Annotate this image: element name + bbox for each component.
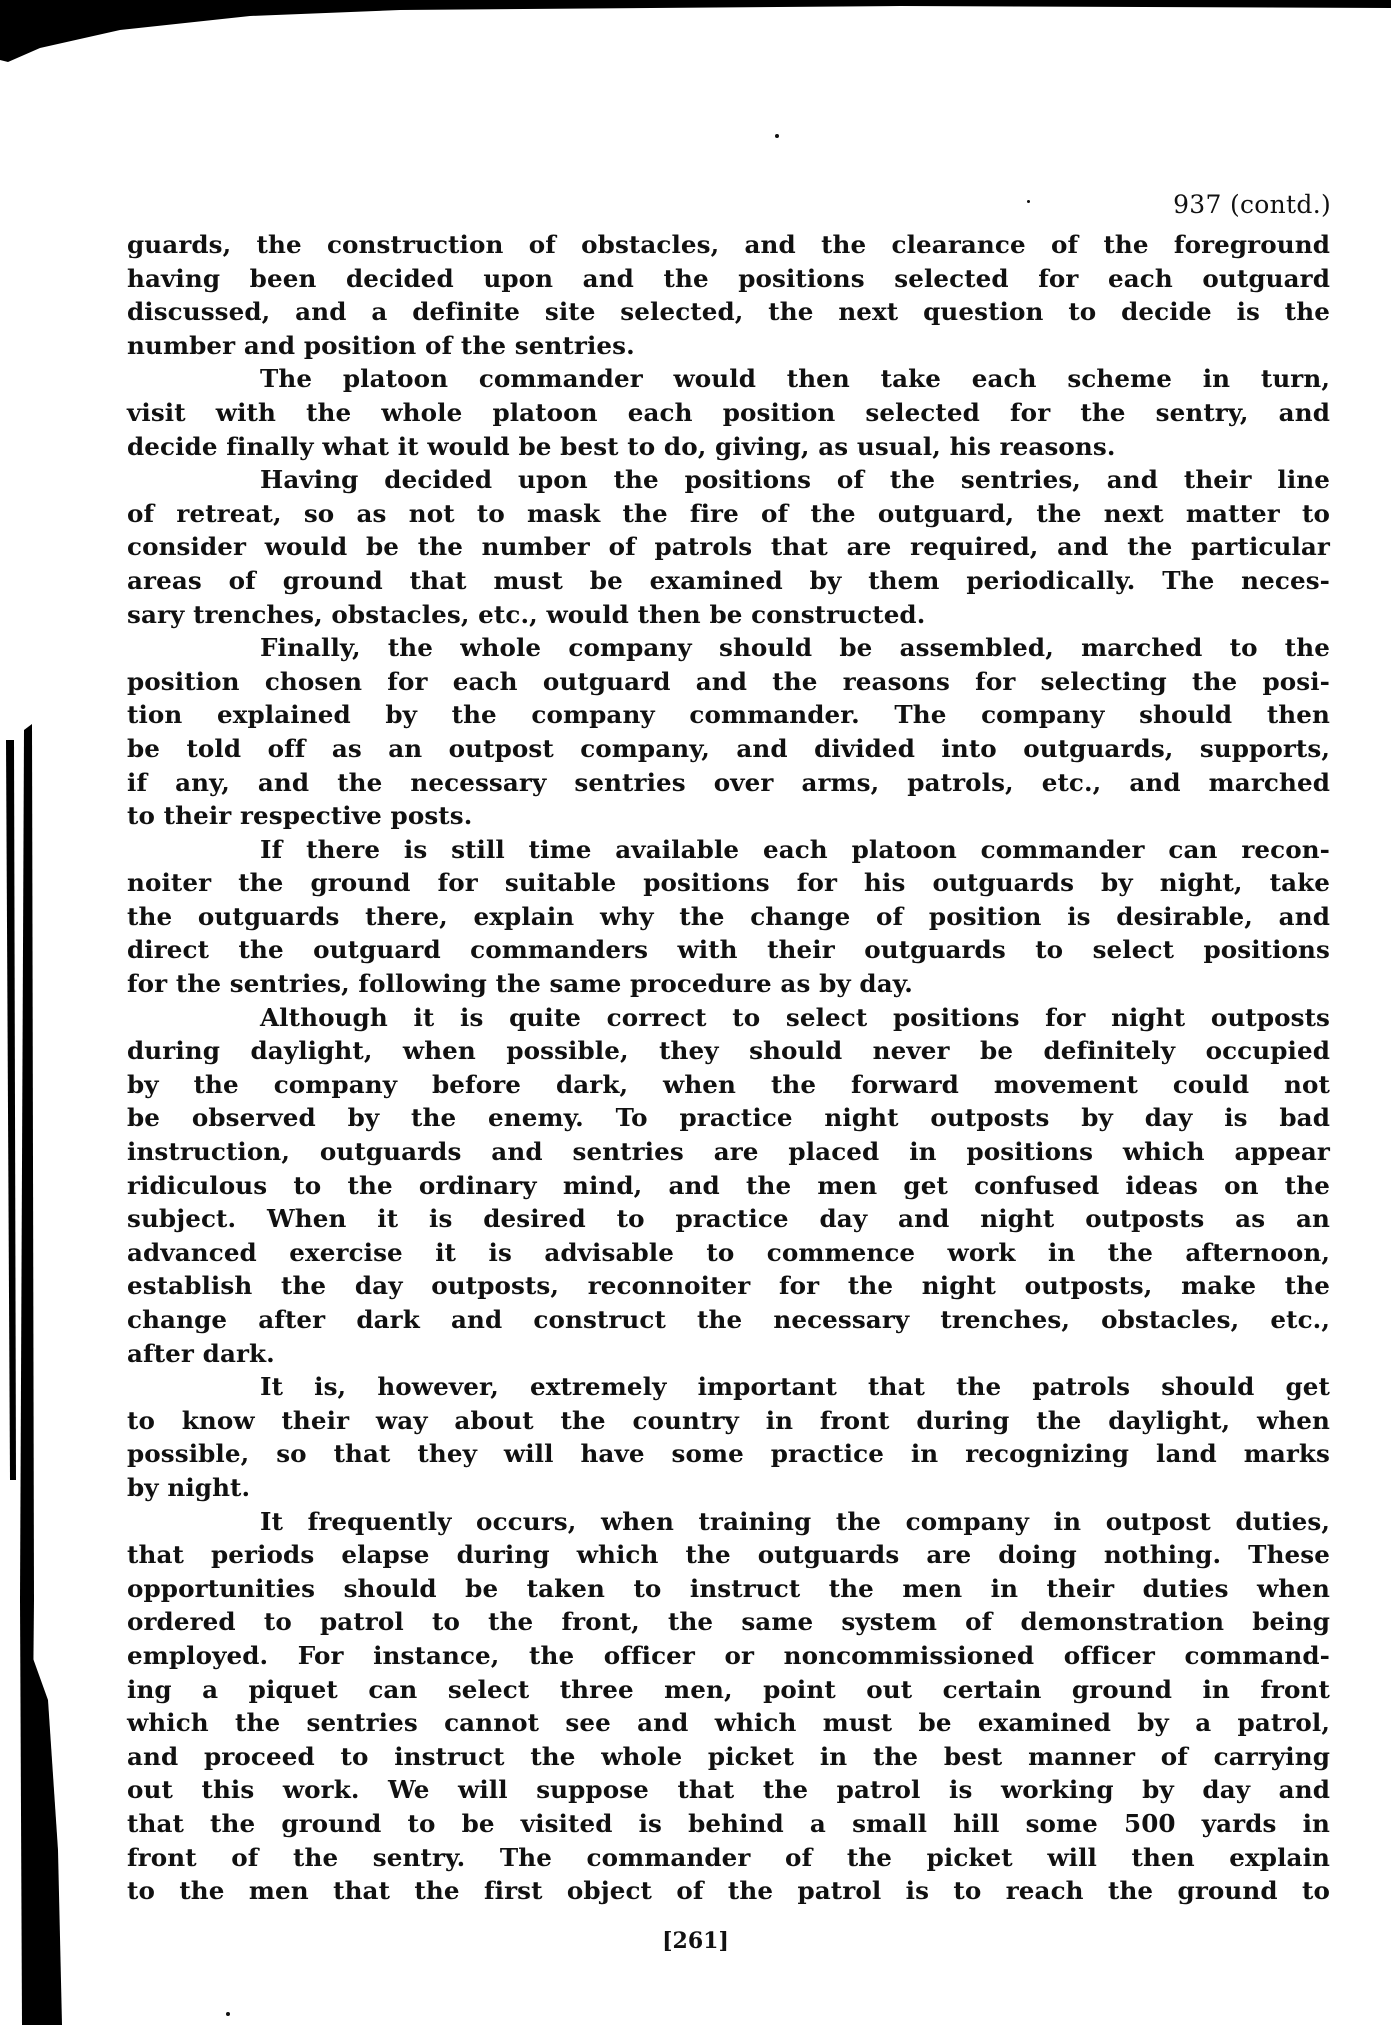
text-line: and proceed to instruct the whole picket… bbox=[127, 1740, 1330, 1774]
text-line: of retreat, so as not to mask the fire o… bbox=[127, 497, 1330, 531]
text-line: opportunities should be taken to instruc… bbox=[127, 1572, 1330, 1606]
text-line: to the men that the first object of the … bbox=[127, 1874, 1330, 1908]
text-line: after dark. bbox=[127, 1337, 1330, 1371]
text-line: discussed, and a definite site selected,… bbox=[127, 295, 1330, 329]
text-line: If there is still time available each pl… bbox=[127, 833, 1330, 867]
text-line: Although it is quite correct to select p… bbox=[127, 1001, 1330, 1035]
text-line: tion explained by the company commander.… bbox=[127, 698, 1330, 732]
text-line: for the sentries, following the same pro… bbox=[127, 967, 1330, 1001]
text-line: ridiculous to the ordinary mind, and the… bbox=[127, 1169, 1330, 1203]
text-line: change after dark and construct the nece… bbox=[127, 1303, 1330, 1337]
text-line: having been decided upon and the positio… bbox=[127, 262, 1330, 296]
scan-speck bbox=[226, 2012, 230, 2016]
text-line: be observed by the enemy. To practice ni… bbox=[127, 1101, 1330, 1135]
scan-edge-shadow-top bbox=[0, 0, 1391, 70]
paragraph: If there is still time available each pl… bbox=[127, 833, 1330, 1001]
text-line: which the sentries cannot see and which … bbox=[127, 1706, 1330, 1740]
body-text: guards, the construction of obstacles, a… bbox=[127, 228, 1330, 1908]
text-line: decide finally what it would be best to … bbox=[127, 430, 1330, 464]
text-line: to their respective posts. bbox=[127, 799, 1330, 833]
paragraph: Finally, the whole company should be ass… bbox=[127, 631, 1330, 833]
paragraph: It frequently occurs, when training the … bbox=[127, 1505, 1330, 1908]
text-line: position chosen for each outguard and th… bbox=[127, 665, 1330, 699]
text-line: front of the sentry. The commander of th… bbox=[127, 1841, 1330, 1875]
text-line: during daylight, when possible, they sho… bbox=[127, 1034, 1330, 1068]
text-line: employed. For instance, the officer or n… bbox=[127, 1639, 1330, 1673]
text-line: establish the day outposts, reconnoiter … bbox=[127, 1269, 1330, 1303]
section-number-header: 937 (contd.) bbox=[1173, 190, 1331, 219]
text-line: to know their way about the country in f… bbox=[127, 1404, 1330, 1438]
text-line: The platoon commander would then take ea… bbox=[127, 362, 1330, 396]
text-line: instruction, outguards and sentries are … bbox=[127, 1135, 1330, 1169]
text-line: It frequently occurs, when training the … bbox=[127, 1505, 1330, 1539]
paragraph: Having decided upon the positions of the… bbox=[127, 463, 1330, 631]
paragraph: The platoon commander would then take ea… bbox=[127, 362, 1330, 463]
text-line: consider would be the number of patrols … bbox=[127, 530, 1330, 564]
text-line: be told off as an outpost company, and d… bbox=[127, 732, 1330, 766]
text-line: subject. When it is desired to practice … bbox=[127, 1202, 1330, 1236]
paragraph: It is, however, extremely important that… bbox=[127, 1370, 1330, 1504]
text-line: guards, the construction of obstacles, a… bbox=[127, 228, 1330, 262]
text-line: Having decided upon the positions of the… bbox=[127, 463, 1330, 497]
text-line: by night. bbox=[127, 1471, 1330, 1505]
text-line: visit with the whole platoon each positi… bbox=[127, 396, 1330, 430]
scan-speck bbox=[1027, 200, 1030, 203]
text-line: out this work. We will suppose that the … bbox=[127, 1773, 1330, 1807]
text-line: number and position of the sentries. bbox=[127, 329, 1330, 363]
text-line: possible, so that they will have some pr… bbox=[127, 1437, 1330, 1471]
text-line: by the company before dark, when the for… bbox=[127, 1068, 1330, 1102]
text-line: ing a piquet can select three men, point… bbox=[127, 1673, 1330, 1707]
text-line: sary trenches, obstacles, etc., would th… bbox=[127, 598, 1330, 632]
scan-speck bbox=[775, 134, 779, 138]
text-line: advanced exercise it is advisable to com… bbox=[127, 1236, 1330, 1270]
paragraph: Although it is quite correct to select p… bbox=[127, 1001, 1330, 1371]
text-line: noiter the ground for suitable positions… bbox=[127, 866, 1330, 900]
text-line: areas of ground that must be examined by… bbox=[127, 564, 1330, 598]
scan-edge-shadow-left bbox=[0, 700, 80, 2025]
text-line: direct the outguard commanders with thei… bbox=[127, 933, 1330, 967]
page-number: [261] bbox=[0, 1928, 1391, 1954]
text-line: It is, however, extremely important that… bbox=[127, 1370, 1330, 1404]
text-line: if any, and the necessary sentries over … bbox=[127, 766, 1330, 800]
text-line: the outguards there, explain why the cha… bbox=[127, 900, 1330, 934]
text-line: ordered to patrol to the front, the same… bbox=[127, 1605, 1330, 1639]
paragraph: guards, the construction of obstacles, a… bbox=[127, 228, 1330, 362]
text-line: Finally, the whole company should be ass… bbox=[127, 631, 1330, 665]
text-line: that the ground to be visited is behind … bbox=[127, 1807, 1330, 1841]
text-line: that periods elapse during which the out… bbox=[127, 1538, 1330, 1572]
